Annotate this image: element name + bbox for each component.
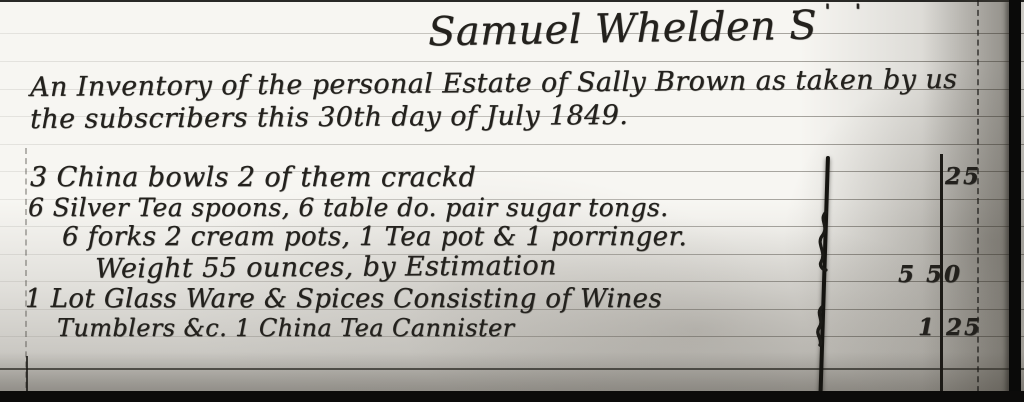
scan-top-edge (0, 0, 1024, 2)
scan-bottom-edge (0, 391, 1024, 402)
ledger-vertical-line-right (977, 0, 979, 402)
ledger-entry: Weight 55 ounces, by Estimation (95, 250, 557, 284)
ledger-entry: Tumblers &c. 1 China Tea Cannister (57, 314, 515, 342)
ledger-entry: 6 forks 2 cream pots, 1 Tea pot & 1 porr… (62, 222, 687, 252)
ruled-line (0, 144, 1024, 145)
amount-value: 25 (945, 163, 981, 190)
dark-ruled-line (0, 368, 1024, 370)
intro-line-1: An Inventory of the personal Estate of S… (30, 64, 958, 103)
ruled-line (0, 61, 1024, 62)
page-heading: Samuel Whelden S (428, 3, 818, 56)
ledger-entry: 6 Silver Tea spoons, 6 table do. pair su… (28, 193, 669, 222)
heading-marks: - ' ' (792, 0, 870, 22)
amount-value: 5 50 (898, 261, 962, 288)
ledger-entry: 3 China bowls 2 of them crackd (30, 162, 476, 193)
scan-right-edge (1009, 0, 1021, 402)
ledger-entry: 1 Lot Glass Ware & Spices Consisting of … (25, 284, 662, 314)
bottom-left-tick (26, 356, 28, 396)
ink-squiggle-mark (814, 210, 832, 272)
ink-squiggle-mark (812, 305, 828, 347)
amount-value: 1 25 (918, 314, 982, 341)
intro-line-2: the subscribers this 30th day of July 18… (30, 100, 628, 135)
scanned-document-page: Samuel Whelden S - ' ' An Inventory of t… (0, 0, 1024, 402)
